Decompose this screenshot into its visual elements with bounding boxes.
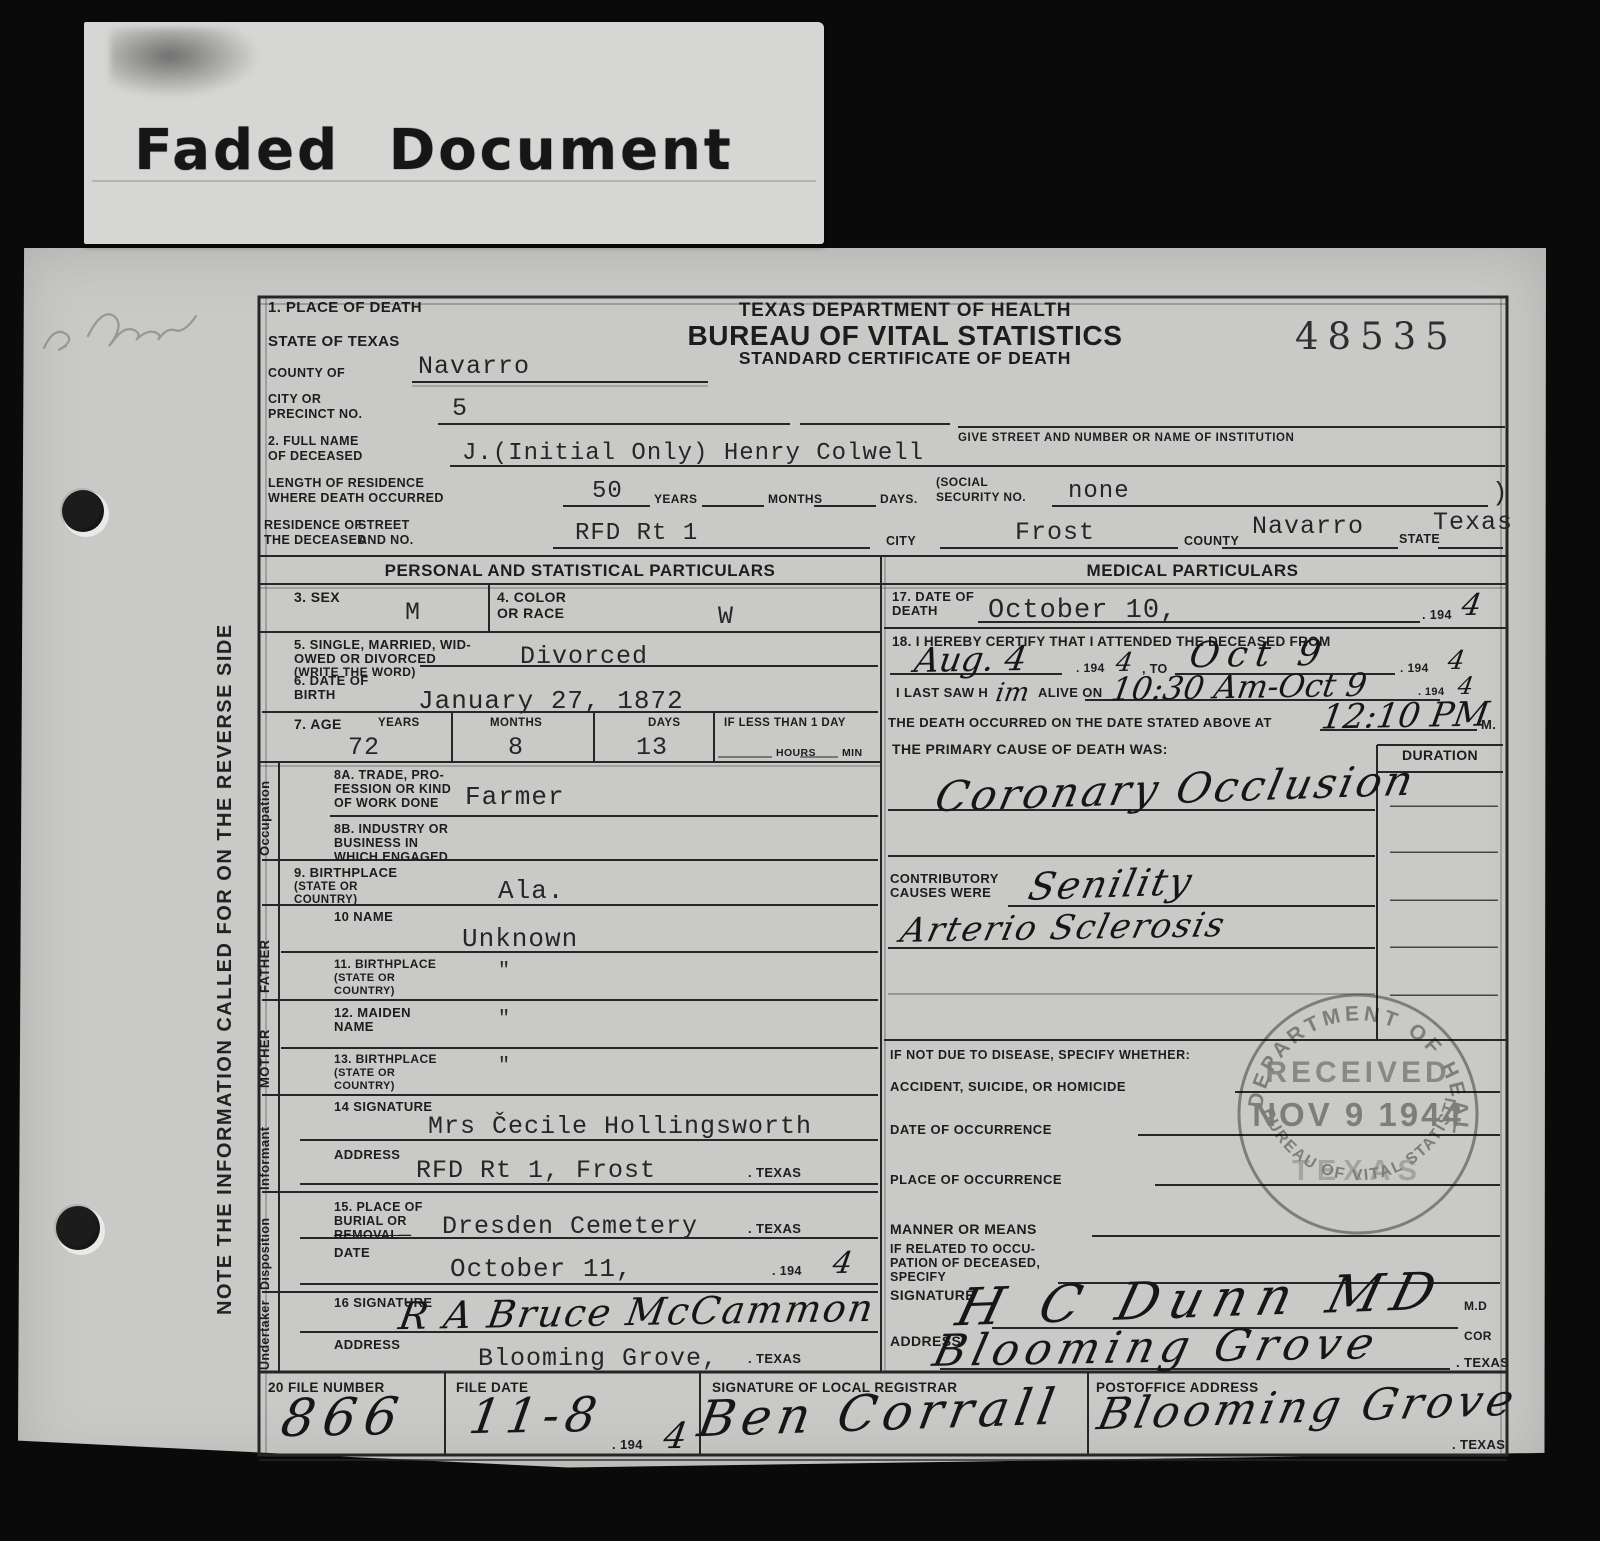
to-194-label: . 194: [1400, 662, 1429, 675]
disposition-group-label: Disposition: [258, 1198, 272, 1290]
industry-label1: 8B. INDUSTRY OR: [334, 822, 448, 836]
min-label: MIN: [842, 748, 862, 760]
mother-bp-label: 13. BIRTHPLACE: [334, 1053, 437, 1066]
age-label: 7. AGE: [294, 717, 342, 733]
lastsaw-him-handwriting: im: [994, 678, 1032, 709]
months-label: MONTHS: [768, 493, 822, 506]
attended-from-handwriting: Aug. 4: [912, 639, 1030, 681]
undertaker-group-label: Undertaker: [258, 1298, 272, 1370]
dept-header-line2: BUREAU OF VITAL STATISTICS: [630, 320, 1180, 351]
dept-header-line1: TEXAS DEPARTMENT OF HEALTH: [630, 300, 1180, 321]
lastsaw-label: I LAST SAW H: [896, 686, 988, 701]
father-bp-country: COUNTRY): [334, 985, 395, 997]
informant-address-label: ADDRESS: [334, 1148, 400, 1163]
place-of-death-label: 1. PLACE OF DEATH: [268, 300, 422, 317]
father-bp-label: 11. BIRTHPLACE: [334, 958, 436, 971]
industry-label2: BUSINESS IN: [334, 836, 418, 850]
informant-address-value: RFD Rt 1, Frost: [416, 1156, 656, 1185]
county2-value: Navarro: [1252, 512, 1364, 541]
burial-place-value: Dresden Cemetery: [442, 1212, 698, 1241]
race-label2: OR RACE: [497, 606, 564, 622]
age-years-label: YEARS: [378, 717, 420, 730]
city-or-label: CITY OR: [268, 392, 321, 406]
age-years-value: 72: [348, 733, 380, 762]
burial-label1: 15. PLACE OF: [334, 1200, 423, 1214]
sex-value: M: [405, 598, 421, 627]
age-months-value: 8: [508, 733, 524, 762]
am-pm-label: M.: [1481, 718, 1496, 733]
street-label1: STREET: [358, 518, 410, 532]
years-label: YEARS: [654, 493, 697, 506]
contrib-label2: CAUSES WERE: [890, 886, 991, 901]
father-name-value: Unknown: [462, 924, 578, 954]
alive-on-label: ALIVE ON: [1038, 686, 1103, 701]
svg-text:TEXAS: TEXAS: [1292, 1155, 1424, 1187]
certificate-number: 48535: [1295, 315, 1458, 358]
informant-sig-label: 14 SIGNATURE: [334, 1100, 432, 1115]
undertaker-texas-label: . TEXAS: [748, 1352, 801, 1367]
days-label: DAYS.: [880, 493, 918, 506]
manner-label: MANNER OR MEANS: [890, 1222, 1037, 1238]
trade-label2: FESSION OR KIND: [334, 782, 451, 796]
ifnot-label: IF NOT DUE TO DISEASE, SPECIFY WHETHER:: [890, 1048, 1190, 1062]
received-stamp: DEPARTMENT OF HEALTH BUREAU OF VITAL STA…: [1212, 968, 1504, 1260]
informant-texas-label: . TEXAS: [748, 1166, 801, 1181]
maiden-label2: NAME: [334, 1020, 374, 1035]
physician-address-handwriting: Blooming Grove: [928, 1318, 1385, 1377]
fullname-label1: 2. FULL NAME: [268, 434, 359, 448]
personal-section-header: PERSONAL AND STATISTICAL PARTICULARS: [285, 561, 875, 580]
place-occurrence-label: PLACE OF OCCURRENCE: [890, 1173, 1062, 1188]
age-months-label: MONTHS: [490, 717, 542, 730]
industry-label3: WHICH ENGAGED: [334, 850, 448, 864]
close-paren: ): [1492, 478, 1509, 508]
burial-texas-label: . TEXAS: [748, 1222, 801, 1237]
age-days-value: 13: [636, 733, 668, 762]
maiden-ditto: ″: [498, 1008, 511, 1031]
trade-value: Farmer: [465, 782, 565, 812]
precinct-no-label: PRECINCT NO.: [268, 407, 362, 421]
dod-value: October 10,: [988, 596, 1177, 626]
dob-value: January 27, 1872: [418, 686, 684, 716]
physician-texas-label: . TEXAS: [1456, 1356, 1509, 1371]
occupation-group-label: Occupation: [258, 770, 273, 856]
filenum-handwriting: 866: [277, 1387, 410, 1449]
county2-label: COUNTY: [1184, 534, 1239, 548]
residence2-label2: THE DECEASED: [264, 533, 367, 547]
birthplace-country: COUNTRY): [294, 894, 357, 907]
trade-label1: 8A. TRADE, PRO-: [334, 768, 444, 782]
lessday-label: IF LESS THAN 1 DAY: [724, 717, 846, 730]
related-label2: PATION OF DECEASED,: [890, 1256, 1040, 1270]
age-days-label: DAYS: [648, 717, 681, 730]
accident-label: ACCIDENT, SUICIDE, OR HOMICIDE: [890, 1080, 1126, 1095]
father-bp-stateor: (STATE OR: [334, 972, 395, 984]
county-value: Navarro: [418, 352, 530, 381]
city-value: Frost: [1015, 518, 1095, 547]
precinct-value: 5: [452, 394, 468, 423]
dod-label2: DEATH: [892, 604, 938, 619]
birthplace-stateor: (STATE OR: [294, 881, 358, 894]
sex-label: 3. SEX: [294, 590, 340, 606]
svg-text:RECEIVED: RECEIVED: [1265, 1056, 1450, 1089]
dod-194-label: . 194: [1422, 608, 1452, 622]
street-value: RFD Rt 1: [575, 520, 698, 547]
street-note-label: GIVE STREET AND NUMBER OR NAME OF INSTIT…: [958, 432, 1294, 445]
street-label2: AND NO.: [358, 533, 414, 547]
trade-label3: OF WORK DONE: [334, 796, 439, 810]
occurred-label: THE DEATH OCCURRED ON THE DATE STATED AB…: [888, 716, 1272, 731]
burial-date-label: DATE: [334, 1246, 370, 1261]
md-label: M.D: [1464, 1300, 1487, 1313]
undertaker-address-value: Blooming Grove,: [478, 1344, 718, 1373]
filedate-handwriting: 11-8: [465, 1387, 606, 1445]
contrib1-handwriting: Senility: [1025, 859, 1198, 909]
fullname-value: J.(Initial Only) Henry Colwell: [462, 440, 924, 467]
residence-label2: WHERE DEATH OCCURRED: [268, 491, 444, 505]
hours-label: HOURS: [776, 748, 816, 760]
city-label: CITY: [886, 534, 916, 548]
fullname-label2: OF DECEASED: [268, 449, 363, 463]
from-194-label: . 194: [1076, 662, 1105, 675]
residence2-label1: RESIDENCE OF: [264, 518, 363, 532]
ssn-value: none: [1068, 478, 1130, 505]
cor-label: COR: [1464, 1330, 1492, 1343]
related-label3: SPECIFY: [890, 1270, 946, 1284]
residence-years-value: 50: [592, 478, 623, 505]
marital-value: Divorced: [520, 642, 648, 671]
dept-header-line3: STANDARD CERTIFICATE OF DEATH: [630, 349, 1180, 369]
svg-text:NOV 9 1944: NOV 9 1944: [1252, 1096, 1464, 1133]
contrib2-handwriting: Arterio Sclerosis: [897, 905, 1230, 951]
undertaker-signature: R A Bruce McCammon: [396, 1286, 878, 1338]
birthplace-label: 9. BIRTHPLACE: [294, 866, 397, 881]
informant-sig-value: Mrs Čecile Hollingsworth: [428, 1112, 812, 1141]
state2-value: Texas: [1433, 508, 1513, 537]
mother-bp-country: COUNTRY): [334, 1080, 395, 1092]
birthplace-value: Ala.: [498, 876, 564, 906]
burial-label3: REMOVAL—: [334, 1228, 411, 1242]
race-label1: 4. COLOR: [497, 590, 566, 606]
county-of-label: COUNTY OF: [268, 366, 345, 380]
mother-group-label: MOTHER: [258, 1008, 273, 1088]
filedate-194-label: . 194: [612, 1438, 643, 1453]
father-bp-ditto: ″: [498, 960, 511, 983]
mother-bp-ditto: ″: [498, 1055, 511, 1078]
burial-date-value: October 11,: [450, 1254, 633, 1284]
father-group-label: FATHER: [258, 915, 273, 993]
race-value: W: [718, 602, 734, 631]
death-time-handwriting: 12:10 PM: [1319, 695, 1492, 738]
residence-label1: LENGTH OF RESIDENCE: [268, 476, 424, 490]
mother-bp-stateor: (STATE OR: [334, 1067, 395, 1079]
burial-194-label: . 194: [772, 1264, 802, 1278]
ssn-label2: SECURITY NO.: [936, 491, 1026, 504]
burial-label2: BURIAL OR: [334, 1214, 407, 1228]
date-occurrence-label: DATE OF OCCURRENCE: [890, 1123, 1052, 1138]
primary-cause-label: THE PRIMARY CAUSE OF DEATH WAS:: [892, 742, 1168, 758]
state-of-texas-label: STATE OF TEXAS: [268, 334, 400, 351]
ssn-label1: (SOCIAL: [936, 476, 988, 489]
related-label1: IF RELATED TO OCCU-: [890, 1242, 1035, 1256]
father-name-label: 10 NAME: [334, 910, 393, 925]
undertaker-address-label: ADDRESS: [334, 1338, 400, 1353]
informant-group-label: Informant: [258, 1102, 273, 1190]
postoffice-texas-label: . TEXAS: [1452, 1438, 1505, 1453]
dob-label2: BIRTH: [294, 688, 336, 703]
medical-section-header: MEDICAL PARTICULARS: [885, 561, 1500, 580]
